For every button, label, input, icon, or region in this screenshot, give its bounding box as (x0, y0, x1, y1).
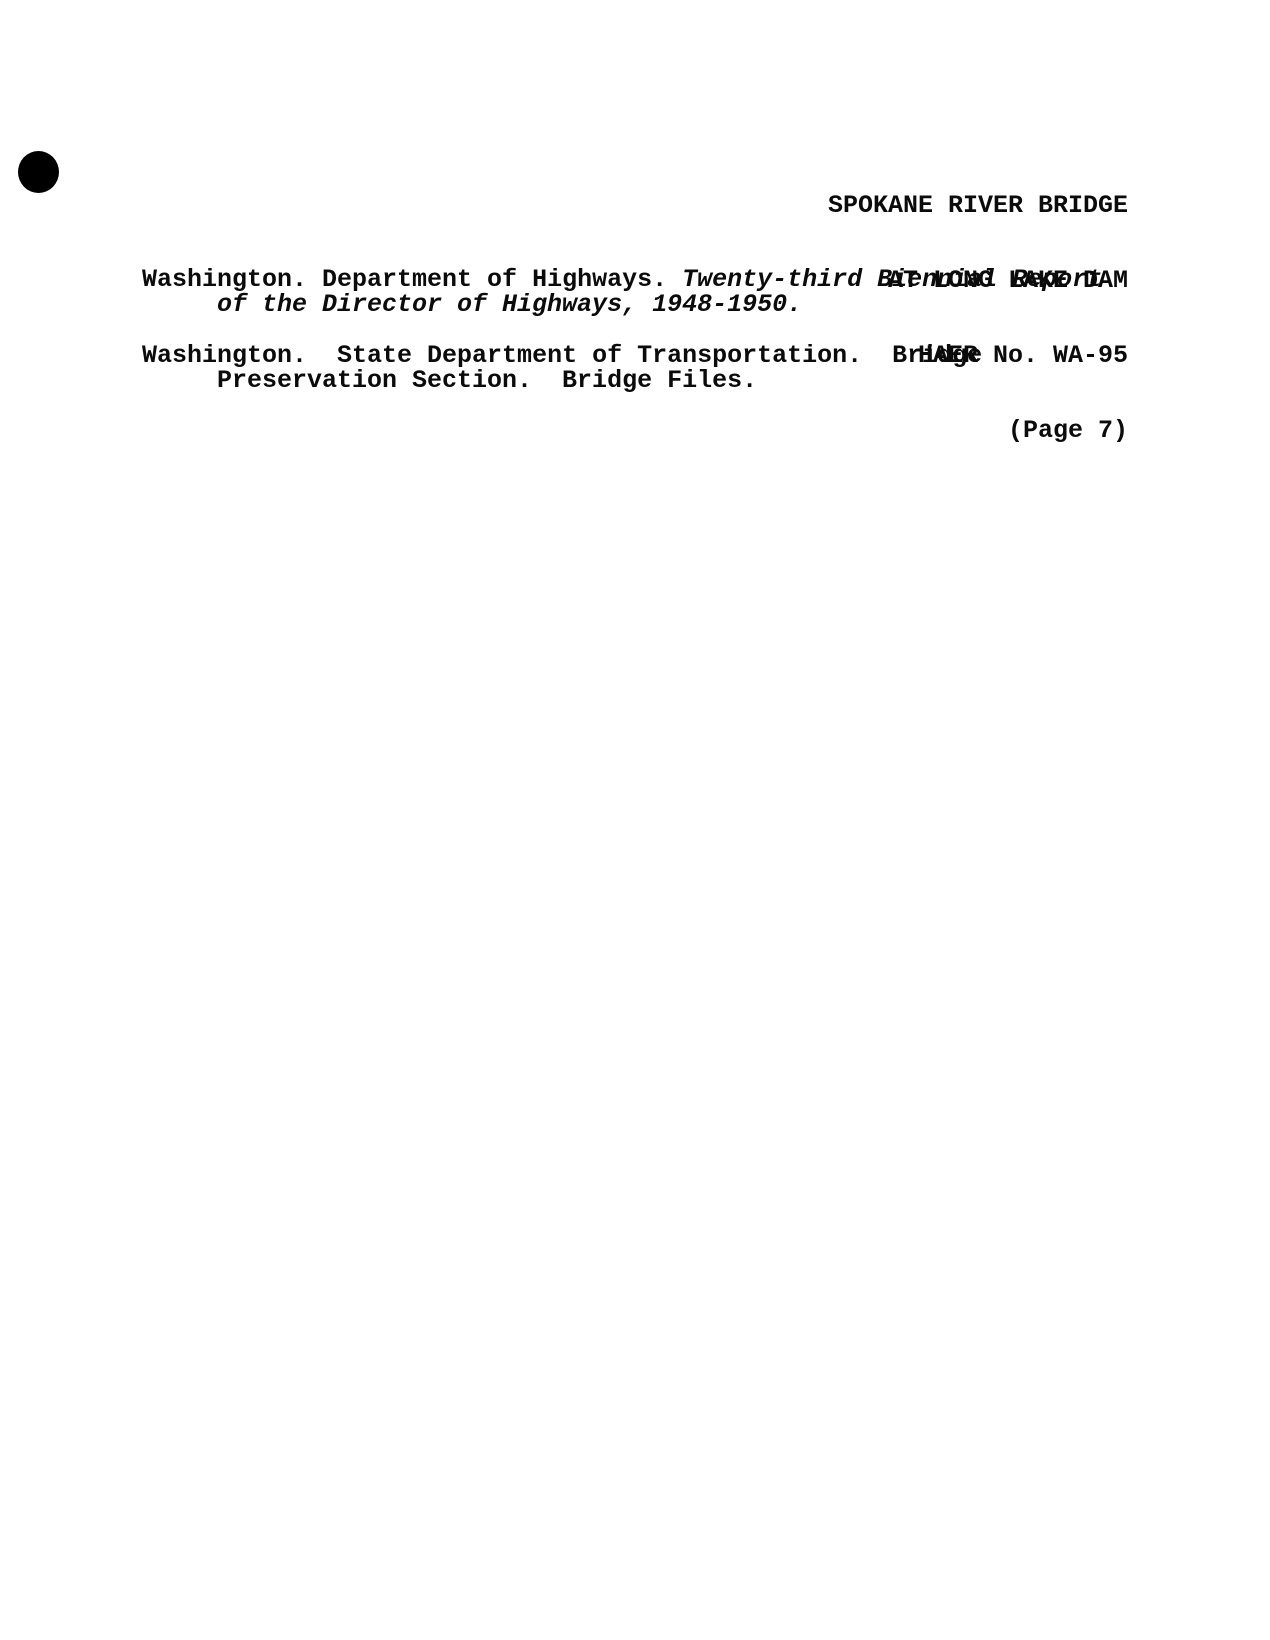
bibliography-entry: Washington. Department of Highways. Twen… (142, 267, 1102, 317)
document-header: SPOKANE RIVER BRIDGE AT LONG LAKE DAM HA… (828, 143, 1128, 493)
punch-hole-mark (18, 151, 59, 193)
bibliography-text-segment: Preservation Section. Bridge Files. (217, 366, 757, 395)
bibliography-line: Washington. State Department of Transpor… (142, 343, 982, 368)
header-line-title: SPOKANE RIVER BRIDGE (828, 193, 1128, 218)
bibliography-line: Preservation Section. Bridge Files. (142, 368, 982, 393)
bibliography-line: Washington. Department of Highways. Twen… (142, 267, 1102, 292)
bibliography-entry: Washington. State Department of Transpor… (142, 343, 982, 393)
bibliography-title-segment: of the Director of Highways, 1948-1950. (217, 290, 802, 319)
header-line-page-number: (Page 7) (828, 418, 1128, 443)
bibliography-line: of the Director of Highways, 1948-1950. (142, 292, 1102, 317)
document-page: SPOKANE RIVER BRIDGE AT LONG LAKE DAM HA… (0, 0, 1270, 1640)
